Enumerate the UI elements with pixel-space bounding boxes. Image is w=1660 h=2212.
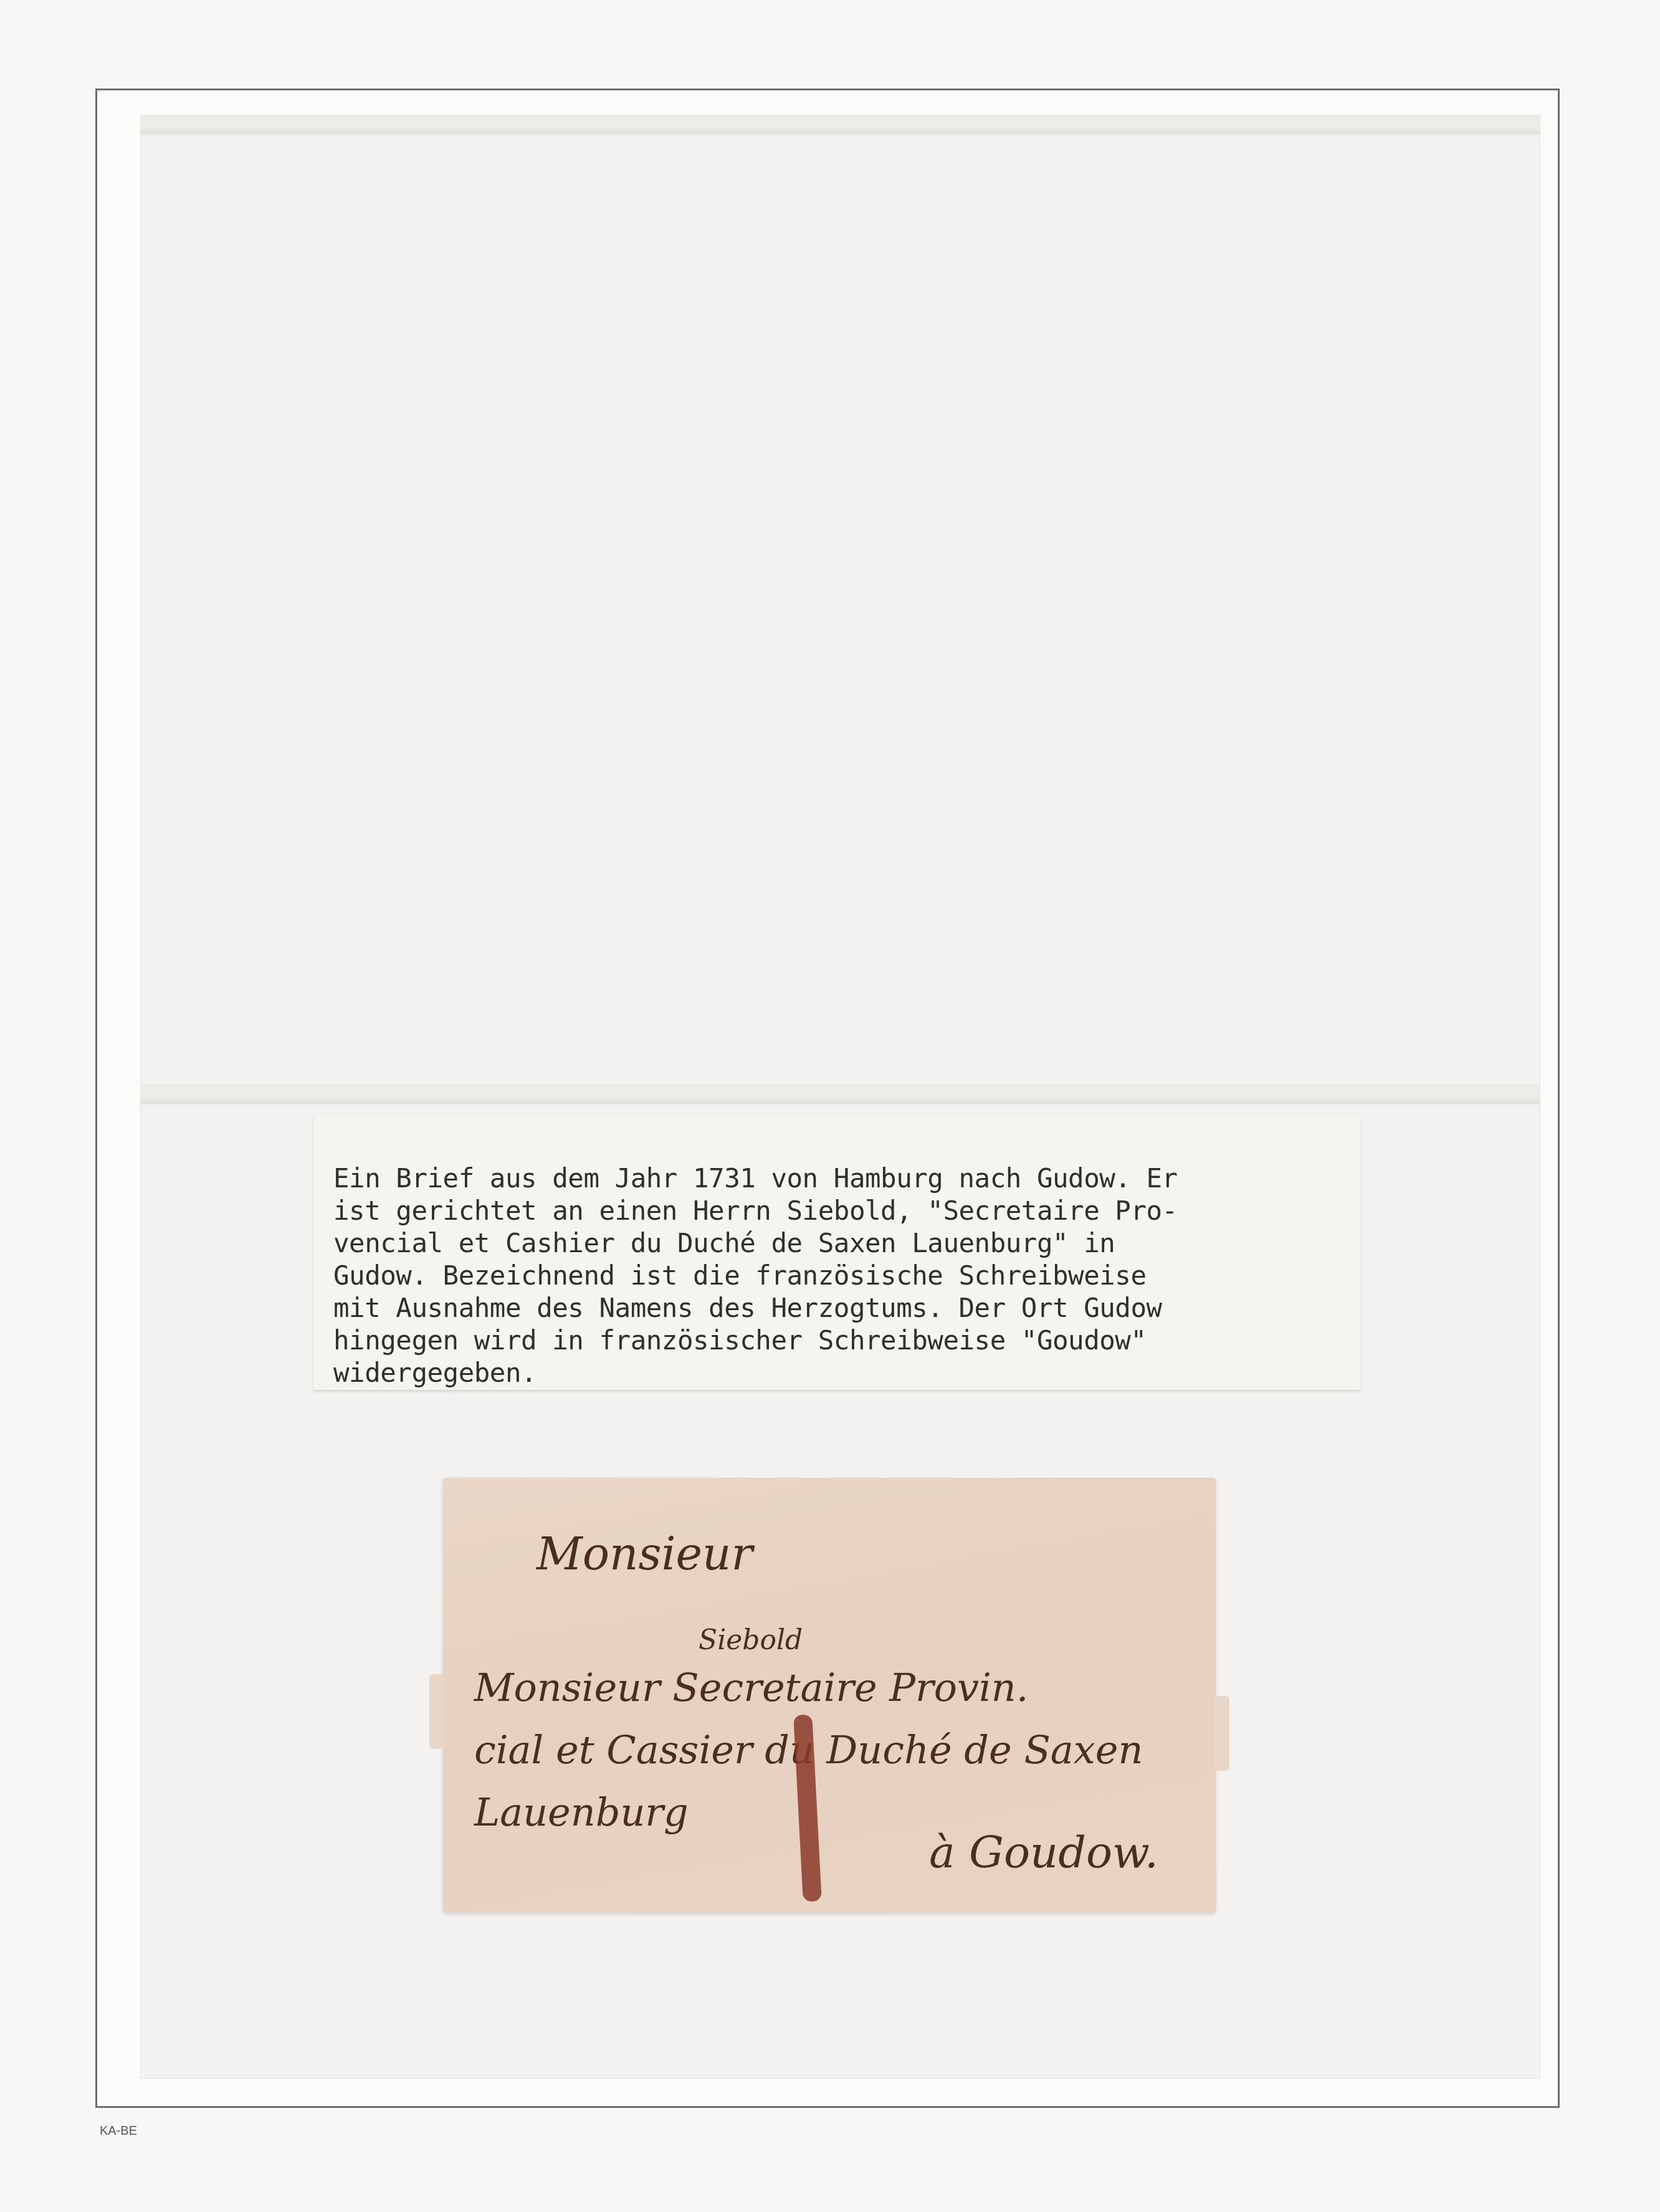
page-footer-code: KA-BE [100,2124,137,2138]
caption-card: Ein Brief aus dem Jahr 1731 von Hamburg … [313,1116,1360,1390]
address-line: Lauenburg [474,1789,689,1835]
caption-line: hingegen wird in französischer Schreibwe… [333,1325,1355,1357]
caption-text: Ein Brief aus dem Jahr 1731 von Hamburg … [333,1163,1355,1390]
folded-letter-1731: Monsieur Siebold Monsieur Secretaire Pro… [443,1478,1216,1912]
pocket-lip [140,1084,1540,1103]
address-line: Monsieur Secretaire Provin. [474,1665,1029,1710]
caption-line: Ein Brief aus dem Jahr 1731 von Hamburg … [333,1163,1355,1195]
caption-line: widergegeben. [333,1357,1355,1390]
caption-line: ist gerichtet an einen Herrn Siebold, "S… [333,1195,1355,1228]
pocket-lip [140,115,1540,133]
address-salutation: Monsieur [537,1528,753,1580]
address-destination: à Goudow. [929,1827,1158,1878]
letter-fold-flap-right [1214,1696,1229,1771]
letter-fold-flap-left [429,1674,444,1749]
caption-line: vencial et Cashier du Duché de Saxen Lau… [333,1228,1355,1260]
caption-line: Gudow. Bezeichnend ist die französische … [333,1260,1355,1293]
address-name: Siebold [699,1624,803,1656]
caption-line: mit Ausnahme des Namens des Herzogtums. … [333,1293,1355,1325]
empty-top-pocket [140,115,1540,1087]
